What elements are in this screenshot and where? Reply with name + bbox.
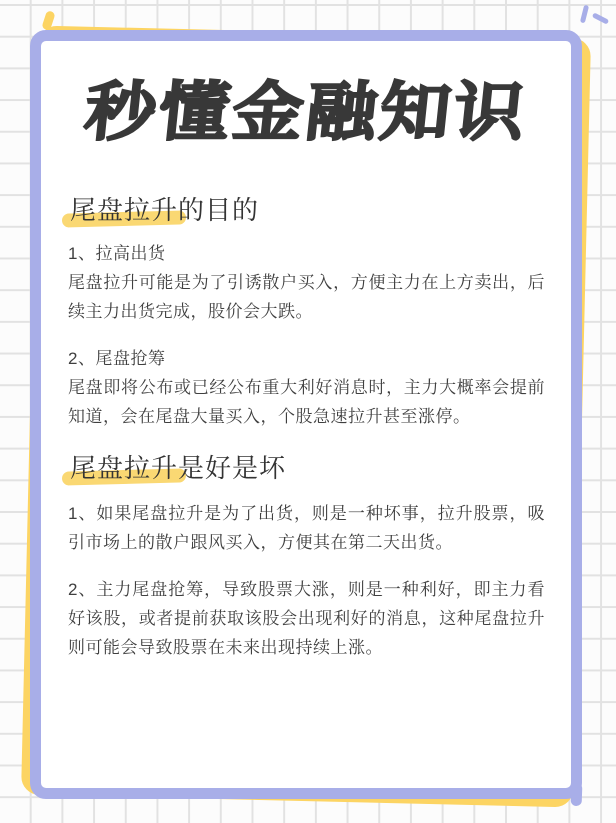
section-heading-good-or-bad: 尾盘拉升是好是坏 <box>70 451 545 485</box>
item-text: 尾盘拉升可能是为了引诱散户买入，方便主力在上方卖出，后续主力出货完成，股价会大跌… <box>68 273 545 321</box>
list-item: 2、尾盘抢筹 尾盘即将公布或已经公布重大利好消息时，主力大概率会提前知道，会在尾… <box>68 344 545 431</box>
item-label: 2、尾盘抢筹 <box>68 344 545 373</box>
purple-frame-tail-mark <box>571 783 583 806</box>
paragraph: 2、主力尾盘抢筹，导致股票大涨，则是一种利好，即主力看好该股，或者提前获取该股会… <box>68 575 545 662</box>
card-content: 秒懂金融知识 尾盘拉升的目的 1、拉高出货 尾盘拉升可能是为了引诱散户买入，方便… <box>41 41 571 788</box>
section-heading-purpose: 尾盘拉升的目的 <box>70 193 545 227</box>
poster-title: 秒懂金融知识 <box>41 77 571 147</box>
paragraph: 1、如果尾盘拉升是为了出货，则是一种坏事，拉升股票，吸引市场上的散户跟风买入，方… <box>68 499 545 557</box>
item-text: 尾盘即将公布或已经公布重大利好消息时，主力大概率会提前知道，会在尾盘大量买入，个… <box>68 378 545 426</box>
item-label: 1、拉高出货 <box>68 239 545 268</box>
sparkle-dash-icon <box>580 5 589 24</box>
section-heading-text: 尾盘拉升的目的 <box>70 195 259 225</box>
list-item: 1、拉高出货 尾盘拉升可能是为了引诱散户买入，方便主力在上方卖出，后续主力出货完… <box>68 239 545 326</box>
section-heading-text: 尾盘拉升是好是坏 <box>70 453 286 483</box>
sparkle-dash-icon <box>592 12 609 24</box>
grid-paper-background: 秒懂金融知识 尾盘拉升的目的 1、拉高出货 尾盘拉升可能是为了引诱散户买入，方便… <box>0 0 616 823</box>
